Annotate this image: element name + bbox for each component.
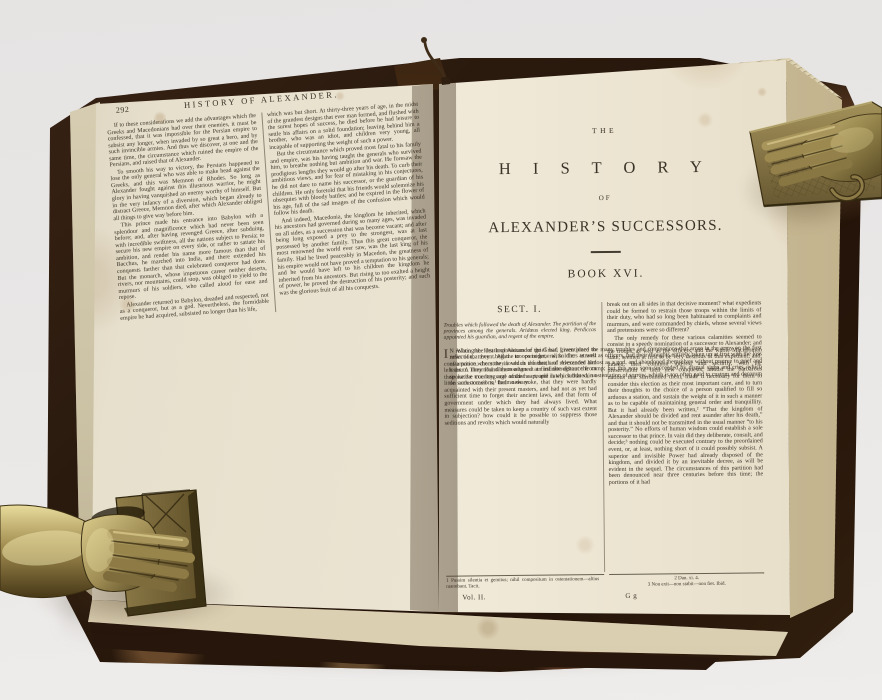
paragraph: break out on all sides in that decisive …: [607, 300, 762, 334]
left-page-column-2: which was but short. At thirty-three yea…: [262, 102, 432, 313]
volume-signature: Vol. II.: [462, 592, 599, 601]
paragraph-text: N relating the death of Alexander the Gr…: [449, 345, 762, 388]
section-heading: SECT. I.: [443, 304, 596, 316]
brass-hand-clip-top-right: [744, 96, 882, 216]
title-rule: [591, 251, 621, 253]
right-page-content: THE H I S T O R Y OF ALEXANDER’S SUCCESS…: [441, 86, 773, 649]
title-successors: ALEXANDER’S SUCCESSORS.: [442, 217, 768, 237]
left-page-columns: If to these considerations we add the ad…: [107, 102, 432, 324]
footnote: 3 Non exit—non stabit—non fiet. Ibid.: [609, 581, 764, 588]
right-page-column-1: SECT. I. Troubles which followed the dea…: [443, 302, 604, 574]
footnote-left-cell: 1 Passim silentia et gemitus; nihil comp…: [446, 574, 604, 602]
title-of: OF: [442, 192, 768, 203]
paragraph: IN relating the death of Alexander the G…: [444, 347, 596, 349]
bookmark-stem: [408, 30, 456, 86]
section-argument: Troubles which followed the death of Ale…: [444, 321, 597, 341]
paragraph: To smooth his way to victory, the Persia…: [110, 160, 263, 223]
footnote: 1 Passim silentia et gemitus; nihil comp…: [446, 577, 599, 590]
book-heading: BOOK XVI.: [443, 266, 769, 281]
gathering-signature: G g: [625, 591, 764, 600]
title-history: H I S T O R Y: [442, 156, 768, 179]
photo-open-antique-book: 292 HISTORY OF ALEXANDER. If to these co…: [0, 0, 882, 700]
left-page-column-1: If to these considerations we add the ad…: [107, 113, 276, 324]
paragraph: This prince made his entrance into Babyl…: [114, 213, 269, 302]
footnote-area: 1 Passim silentia et gemitus; nihil comp…: [446, 572, 764, 602]
footnote-right-cell: 2 Dan. xi. 4. 3 Non exit—non stabit—non …: [609, 572, 764, 600]
paragraph: But the circumstance which proved most f…: [270, 142, 426, 218]
right-page-column-2: break out on all sides in that decisive …: [602, 300, 764, 572]
title-the: THE: [441, 124, 767, 136]
right-page-columns: SECT. I. Troubles which followed the dea…: [443, 300, 764, 573]
paragraph: And indeed, Macedonia, the kingdom he in…: [274, 208, 431, 297]
brass-hand-clip-bottom-left: [0, 484, 236, 634]
